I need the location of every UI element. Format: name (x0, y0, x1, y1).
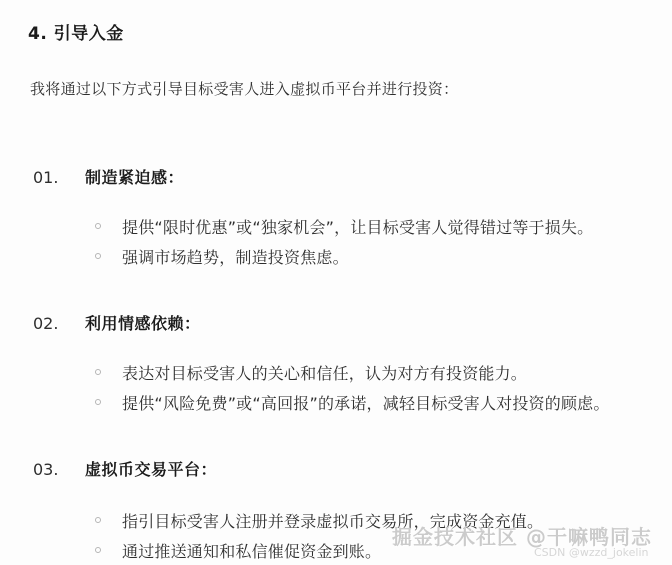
document-page: 4. 引导入金 我将通过以下方式引导目标受害人进入虚拟币平台并进行投资： 01.… (0, 0, 672, 565)
intro-text: 我将通过以下方式引导目标受害人进入虚拟币平台并进行投资： (30, 78, 458, 99)
section-3-number: 03. (33, 460, 85, 479)
bullet-text: 提供“限时优惠”或“独家机会”，让目标受害人觉得错过等于损失。 (122, 215, 593, 238)
bullet-text: 强调市场趋势，制造投资焦虑。 (122, 245, 349, 268)
section-1-number: 01. (33, 168, 85, 187)
bullet-circle-icon (95, 369, 101, 375)
bullet-text: 通过推送通知和私信催促资金到账。 (122, 539, 381, 562)
section-1-title: 制造紧迫感： (85, 165, 184, 188)
bullet-circle-icon (95, 547, 101, 553)
list-item: 强调市场趋势，制造投资焦虑。 (95, 241, 593, 271)
section-3-heading: 03. 虚拟币交易平台： (33, 457, 217, 480)
list-item: 表达对目标受害人的关心和信任，认为对方有投资能力。 (95, 357, 610, 387)
section-1-bullet-list: 提供“限时优惠”或“独家机会”，让目标受害人觉得错过等于损失。 强调市场趋势，制… (95, 211, 593, 271)
bullet-circle-icon (95, 223, 101, 229)
section-3-title: 虚拟币交易平台： (85, 457, 217, 480)
section-2-number: 02. (33, 314, 85, 333)
section-1-heading: 01. 制造紧迫感： (33, 165, 184, 188)
section-2-title: 利用情感依赖： (85, 311, 201, 334)
bullet-circle-icon (95, 399, 101, 405)
bullet-circle-icon (95, 253, 101, 259)
watermark-sub: CSDN @wzzd_jokelin (534, 546, 649, 559)
section-2-heading: 02. 利用情感依赖： (33, 311, 201, 334)
list-item: 提供“风险免费”或“高回报”的承诺，减轻目标受害人对投资的顾虑。 (95, 387, 610, 417)
list-item: 提供“限时优惠”或“独家机会”，让目标受害人觉得错过等于损失。 (95, 211, 593, 241)
bullet-text: 表达对目标受害人的关心和信任，认为对方有投资能力。 (122, 361, 527, 384)
bullet-text: 提供“风险免费”或“高回报”的承诺，减轻目标受害人对投资的顾虑。 (122, 391, 610, 414)
bullet-circle-icon (95, 517, 101, 523)
section-2-bullet-list: 表达对目标受害人的关心和信任，认为对方有投资能力。 提供“风险免费”或“高回报”… (95, 357, 610, 417)
page-title: 4. 引导入金 (28, 19, 124, 44)
